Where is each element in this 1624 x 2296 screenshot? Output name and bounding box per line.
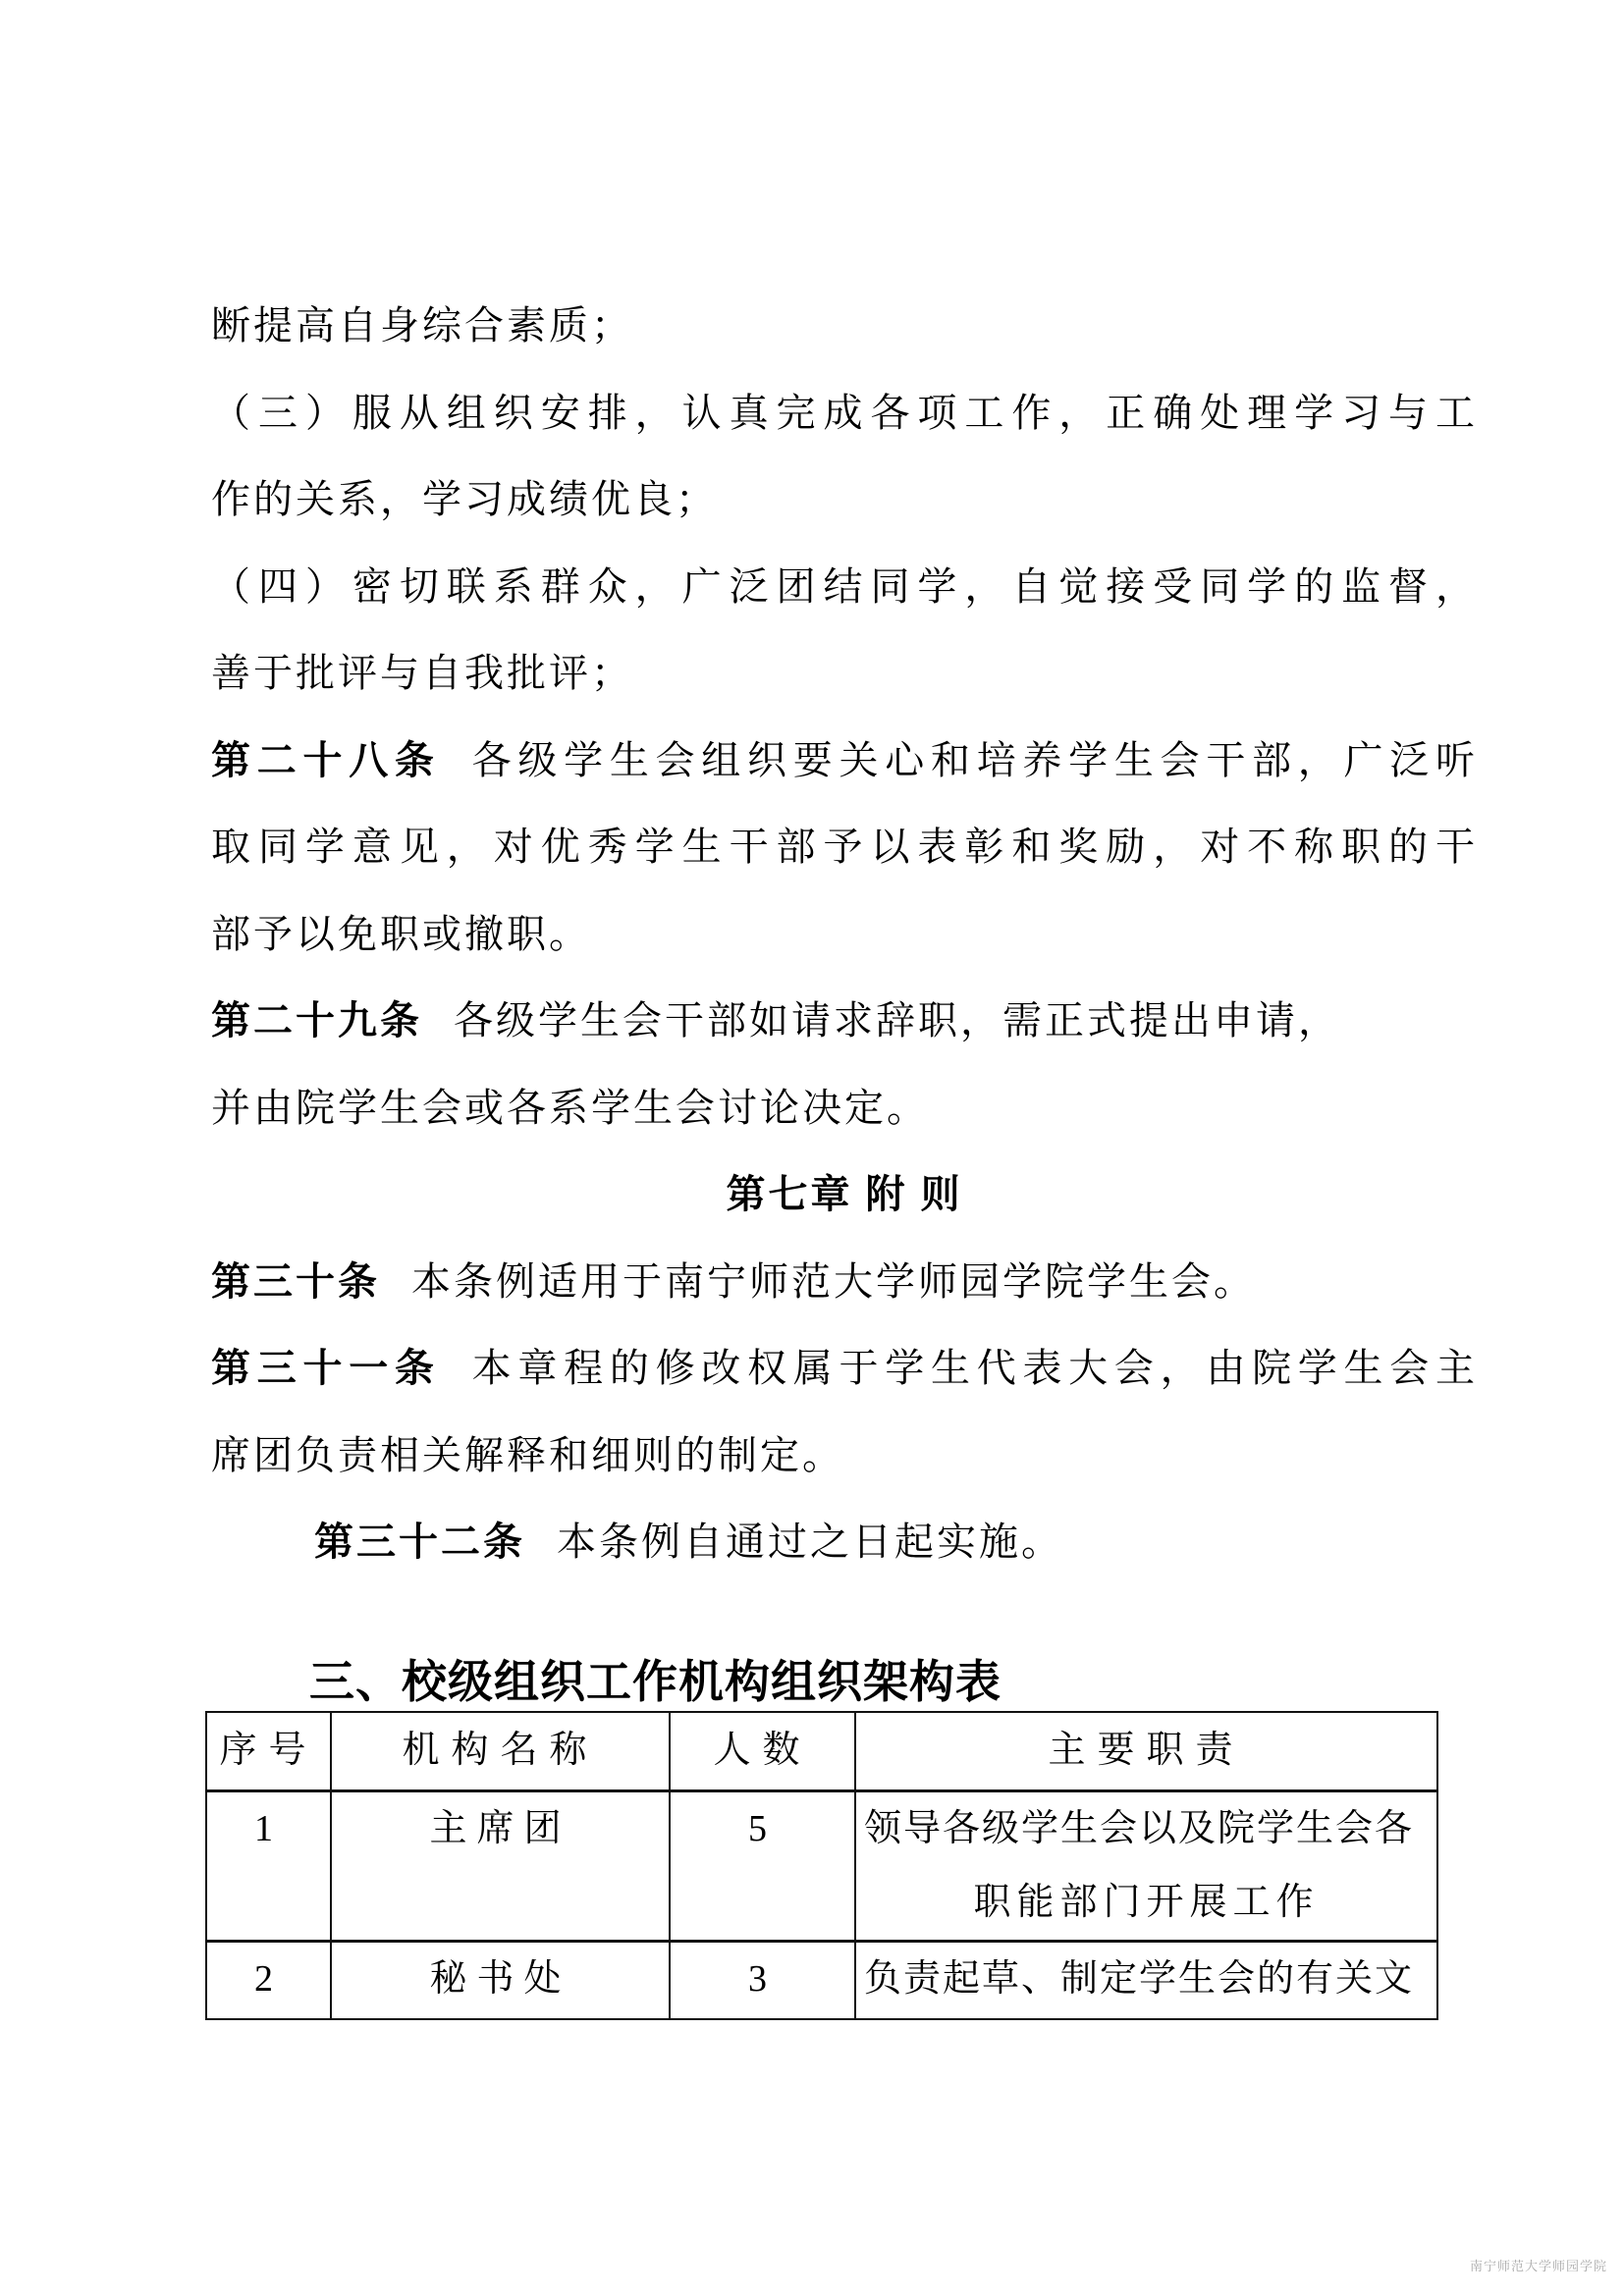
article-number: 第二十八条 <box>211 738 441 782</box>
body-line: 第三十一条本章程的修改权属于学生代表大会，由院学生会主 <box>211 1325 1478 1413</box>
body-line: 第二十八条各级学生会组织要关心和培养学生会干部，广泛听 <box>211 718 1478 805</box>
cell-no: 2 <box>206 1941 331 2019</box>
cell-duty: 负责起草、制定学生会的有关文 <box>855 1941 1437 2019</box>
duty-line: 职能部门开展工作 <box>856 1866 1436 1940</box>
document-page: 断提高自身综合素质； （三）服从组织安排，认真完成各项工作，正确处理学习与工 作… <box>0 0 1624 2296</box>
article-text: 各级学生会组织要关心和培养学生会干部，广泛听 <box>472 738 1478 782</box>
watermark: 南宁师范大学师园学院 <box>1470 2256 1607 2274</box>
document-body: 断提高自身综合素质； （三）服从组织安排，认真完成各项工作，正确处理学习与工 作… <box>211 283 1478 1586</box>
body-line: 席团负责相关解释和细则的制定。 <box>211 1413 1478 1500</box>
body-line: 作的关系，学习成绩优良； <box>211 456 1478 544</box>
article-text: 本条例适用于南宁师范大学师园学院学生会。 <box>411 1259 1256 1304</box>
duty-line: 负责起草、制定学生会的有关文 <box>856 1943 1436 2016</box>
body-line: 第二十九条各级学生会干部如请求辞职，需正式提出申请， <box>211 978 1478 1065</box>
body-line: 第三十条本条例适用于南宁师范大学师园学院学生会。 <box>211 1239 1478 1326</box>
article-number: 第三十条 <box>211 1259 380 1304</box>
body-line: （四）密切联系群众，广泛团结同学，自觉接受同学的监督， <box>211 544 1478 631</box>
article-number: 第三十一条 <box>211 1346 441 1390</box>
cell-org: 秘书处 <box>331 1941 670 2019</box>
article-number: 第三十二条 <box>314 1520 525 1564</box>
cell-no: 1 <box>206 1790 331 1941</box>
article-text: 各级学生会干部如请求辞职，需正式提出申请， <box>454 998 1340 1042</box>
chapter-heading: 第七章 附 则 <box>211 1151 1478 1239</box>
cell-count: 5 <box>670 1790 855 1941</box>
cell-org: 主席团 <box>331 1790 670 1941</box>
body-line: 善于批评与自我批评； <box>211 630 1478 718</box>
article-number: 第二十九条 <box>211 998 422 1042</box>
body-line: 并由院学生会或各系学生会讨论决定。 <box>211 1065 1478 1152</box>
article-text: 本条例自通过之日起实施。 <box>557 1520 1063 1564</box>
table-header-row: 序号 机构名称 人数 主要职责 <box>206 1712 1437 1790</box>
section-heading: 三、校级组织工作机构组织架构表 <box>309 1653 1001 1710</box>
cell-count: 3 <box>670 1941 855 2019</box>
header-cell-count: 人数 <box>670 1712 855 1790</box>
table-row: 2 秘书处 3 负责起草、制定学生会的有关文 <box>206 1941 1437 2019</box>
body-line: 第三十二条本条例自通过之日起实施。 <box>211 1499 1478 1586</box>
duty-line: 领导各级学生会以及院学生会各 <box>856 1792 1436 1866</box>
body-line: 断提高自身综合素质； <box>211 283 1478 370</box>
cell-duty: 领导各级学生会以及院学生会各 职能部门开展工作 <box>855 1790 1437 1941</box>
article-text: 本章程的修改权属于学生代表大会，由院学生会主 <box>472 1346 1478 1390</box>
header-cell-no: 序号 <box>206 1712 331 1790</box>
header-cell-duty: 主要职责 <box>855 1712 1437 1790</box>
body-line: 部予以免职或撤职。 <box>211 891 1478 979</box>
org-structure-table: 序号 机构名称 人数 主要职责 1 主席团 5 领导各级学生会以及院学生会各 职… <box>205 1711 1438 2020</box>
table-row: 1 主席团 5 领导各级学生会以及院学生会各 职能部门开展工作 <box>206 1790 1437 1941</box>
body-line: 取同学意见，对优秀学生干部予以表彰和奖励，对不称职的干 <box>211 804 1478 891</box>
body-line: （三）服从组织安排，认真完成各项工作，正确处理学习与工 <box>211 370 1478 457</box>
header-cell-org: 机构名称 <box>331 1712 670 1790</box>
